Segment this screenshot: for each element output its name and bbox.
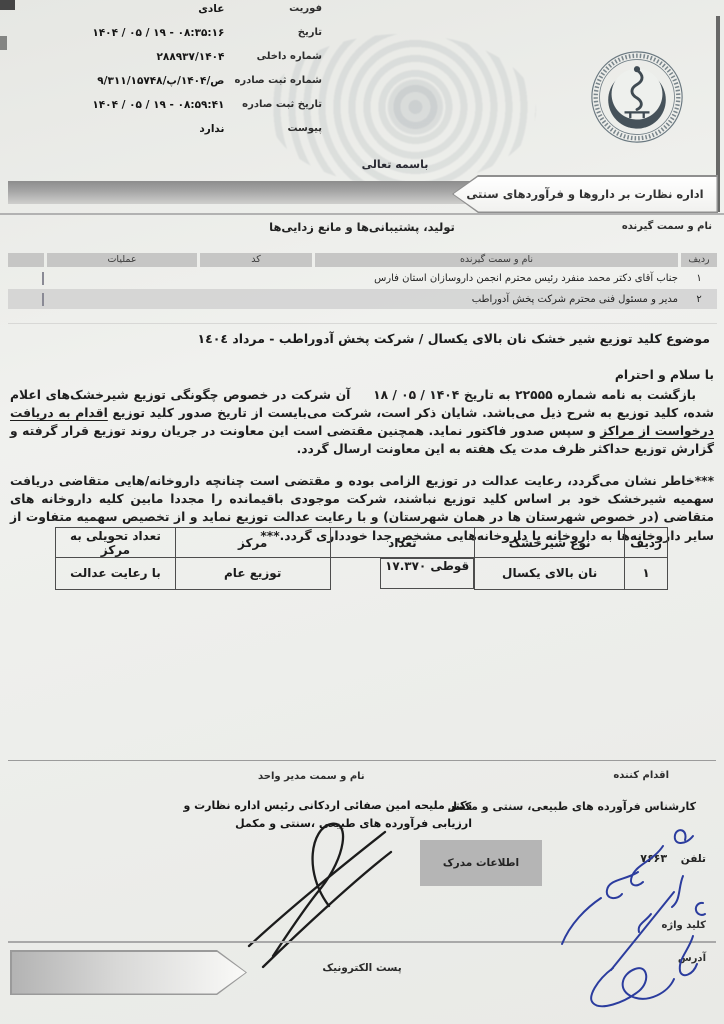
university-logo-icon	[589, 49, 685, 145]
body-paragraph-1: بازگشت به نامه شماره ۲۲۵۵۵ به تاریخ ۱۸ /…	[10, 386, 714, 458]
department-badge-inner: اداره نظارت بر داروها و فرآوردهای سنتی	[454, 177, 717, 212]
actor-label: اقدام کننده	[613, 770, 669, 781]
grid-square-icon	[8, 273, 44, 284]
cell-row-number: ۱	[625, 558, 668, 590]
cell-center: توزیع عام	[175, 558, 330, 590]
col-select-header	[8, 253, 44, 267]
attachment-label: پیوست	[234, 123, 322, 135]
grid-square-icon	[8, 294, 44, 305]
table-row: ۱ نان بالای یکسال ۱۷.۳۷۰ قوطی توزیع عام …	[56, 558, 668, 590]
date-label: تاریخ	[234, 27, 322, 39]
header-cell: ردیف	[625, 528, 668, 558]
cell-delivered: با رعایت عدالت	[56, 558, 176, 590]
recipients-table-header: ردیف نام و سمت گیرنده کد عملیات	[8, 253, 717, 267]
distribution-table-header: ردیف نوع شیرخشک تعداد مرکز تعداد تحویلی …	[56, 528, 668, 558]
issued-date-label: تاریخ ثبت صادره	[234, 99, 322, 111]
actor-title: کارشناس فرآورده های طبیعی، سنتی و مکمل	[448, 800, 696, 813]
header-cell: مرکز	[175, 528, 330, 558]
besmele-text: باسمه تعالی	[330, 158, 460, 171]
col-name-header: نام و سمت گیرنده	[315, 253, 678, 267]
row-number: ۲	[681, 294, 717, 305]
date-value: ۱۴۰۴ / ۰۵ / ۱۹ - ۰۸:۳۵:۱۶	[22, 27, 224, 39]
footer-arrow-box	[10, 950, 247, 995]
issued-date-value: ۱۴۰۴ / ۰۵ / ۱۹ - ۰۸:۵۹:۴۱	[22, 99, 224, 111]
header-cell: تعداد	[330, 528, 475, 558]
distribution-table: ردیف نوع شیرخشک تعداد مرکز تعداد تحویلی …	[55, 527, 668, 590]
recipient-name: جناب آقای دکتر محمد منفرد رئیس محترم انج…	[315, 273, 678, 284]
col-actions-header: عملیات	[47, 253, 197, 267]
col-code-header: کد	[200, 253, 312, 267]
cell-quantity: ۱۷.۳۷۰ قوطی	[380, 558, 474, 589]
letter-date: ۱۸ / ۰۵ / ۱۴۰۴	[355, 386, 459, 404]
col-row-header: ردیف	[681, 253, 717, 267]
handwritten-note-icon	[543, 818, 721, 1018]
department-banner-text: اداره نظارت بر داروها و فرآوردهای سنتی	[466, 187, 703, 201]
doc-info-label: اطلاعات مدرک	[443, 857, 519, 869]
row-number: ۱	[681, 273, 717, 284]
center-slogan: تولید، پشتیبانی‌ها و مانع زدایی‌ها	[0, 220, 724, 234]
recipient-name: مدیر و مسئول فنی محترم شرکت پخش آدوراطب	[315, 294, 678, 305]
divider-line	[0, 213, 724, 215]
doc-info-box: اطلاعات مدرک	[420, 840, 542, 886]
table-row: ۲ مدیر و مسئول فنی محترم شرکت پخش آدوراط…	[8, 289, 717, 309]
internal-number-label: شماره داخلی	[234, 51, 322, 63]
footer-arrow-box-inner	[12, 952, 246, 994]
header-cell: تعداد تحویلی به مرکز	[56, 528, 176, 558]
recipients-table: ردیف نام و سمت گیرنده کد عملیات ۱ جناب آ…	[8, 253, 717, 324]
letter-body: با سلام و احترام بازگشت به نامه شماره ۲۲…	[10, 366, 714, 545]
header-cell: نوع شیرخشک	[475, 528, 625, 558]
handwritten-signature-icon	[233, 810, 405, 970]
urgency-label: فوریت	[234, 3, 322, 15]
scan-artifact	[0, 36, 7, 50]
paragraph-text: بازگشت به نامه شماره ۲۲۵۵۵ به تاریخ	[459, 388, 696, 402]
scanned-letter-page: فوریت عادی تاریخ ۱۴۰۴ / ۰۵ / ۱۹ - ۰۸:۳۵:…	[0, 0, 724, 1024]
attachment-value: ندارد	[22, 123, 224, 135]
department-badge: اداره نظارت بر داروها و فرآوردهای سنتی	[452, 175, 718, 213]
urgency-value: عادی	[22, 3, 224, 15]
cell-milk-type: نان بالای یکسال	[475, 558, 625, 590]
letter-metadata: فوریت عادی تاریخ ۱۴۰۴ / ۰۵ / ۱۹ - ۰۸:۳۵:…	[22, 3, 322, 135]
issued-number-value: ص/۱۴۰۴/پ/۹/۳۱۱/۱۵۷۴۸	[22, 75, 224, 87]
salutation: با سلام و احترام	[10, 366, 714, 384]
internal-number-value: ۲۸۸۹۳۷/۱۴۰۴	[22, 51, 224, 63]
table-row: ۱ جناب آقای دکتر محمد منفرد رئیس محترم ا…	[8, 268, 717, 288]
manager-label: نام و سمت مدیر واحد	[258, 771, 365, 782]
scan-artifact	[0, 0, 15, 10]
issued-number-label: شماره ثبت صادره	[234, 75, 322, 87]
divider-line	[8, 760, 716, 761]
subject-line: موضوع کلید توزیع شیر خشک نان بالای یکسال…	[14, 331, 710, 346]
